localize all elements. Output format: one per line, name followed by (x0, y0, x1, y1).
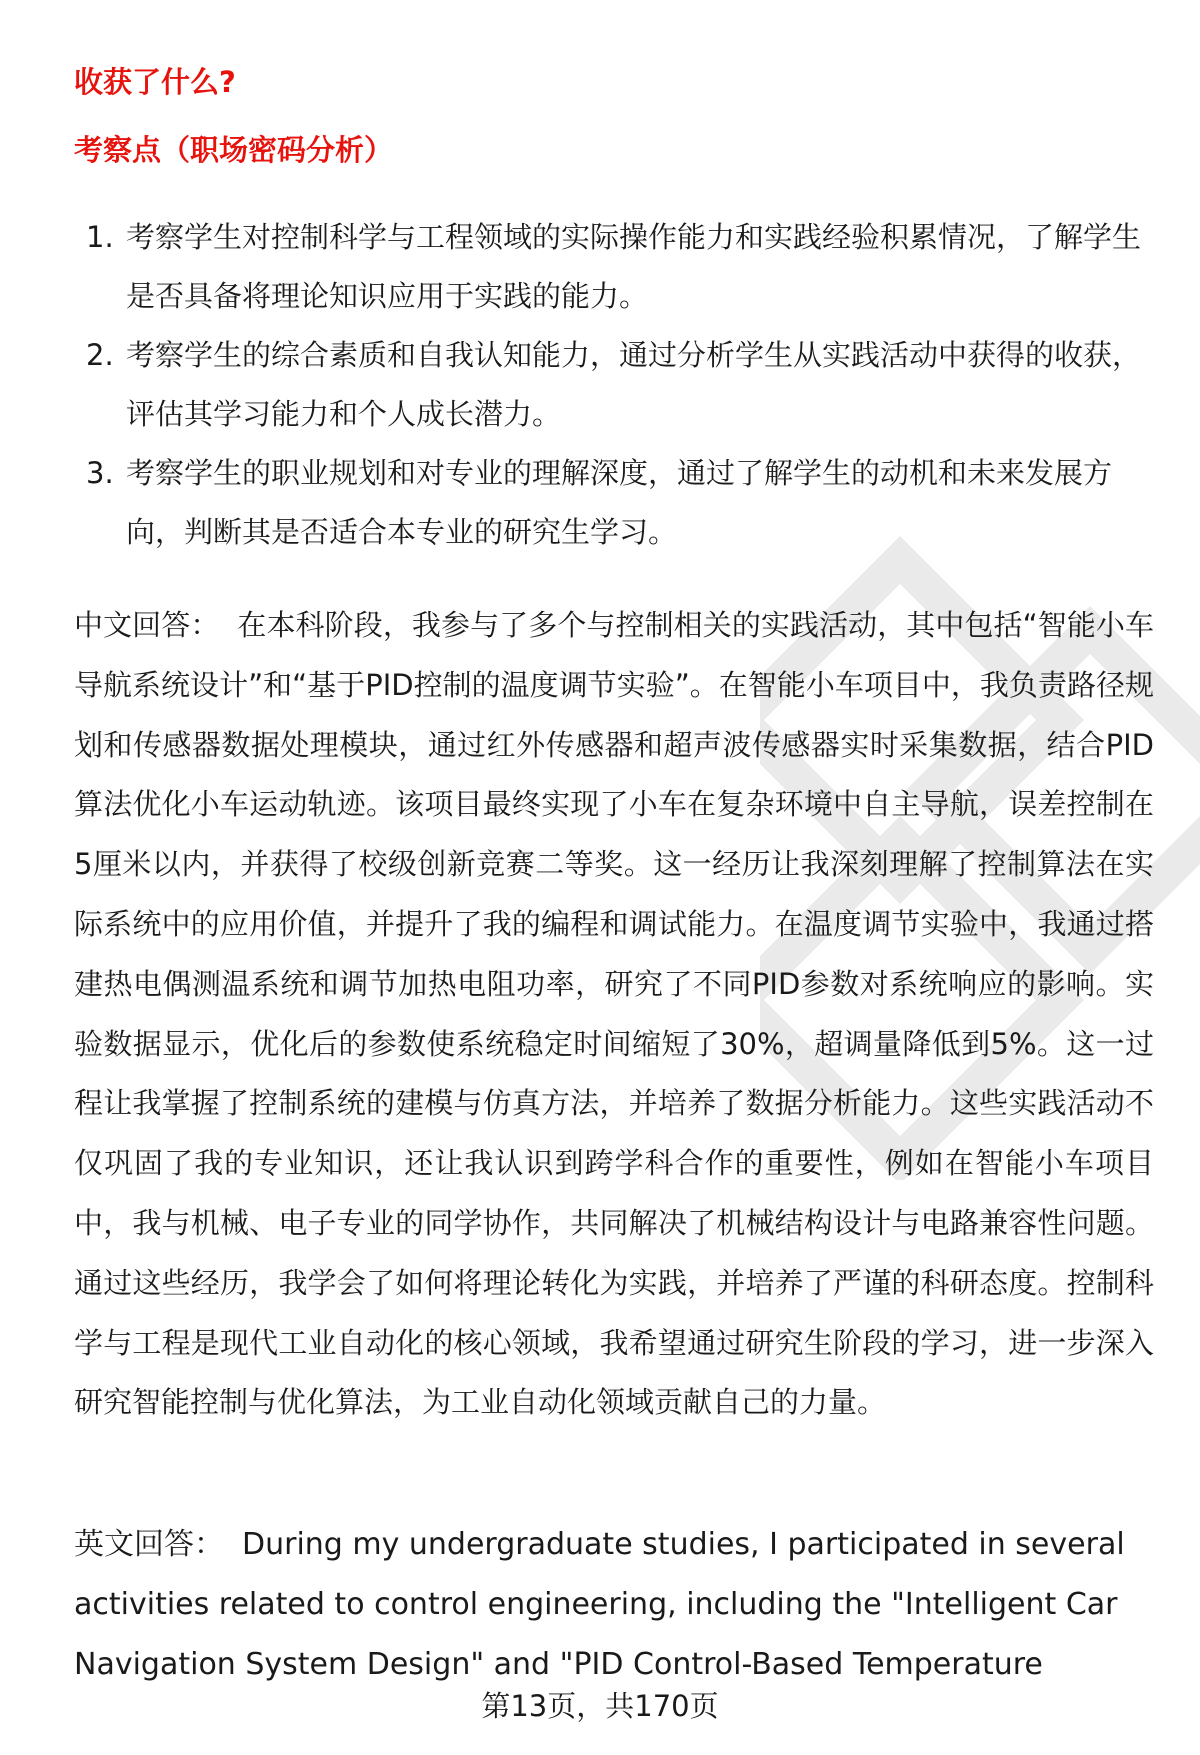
assessment-point-text: 考察学生的职业规划和对专业的理解深度，通过了解学生的动机和未来发展方向，判断其是… (126, 456, 1112, 549)
assessment-point: 1. 考察学生对控制科学与工程领域的实际操作能力和实践经验积累情况，了解学生是否… (74, 208, 1154, 326)
english-answer-label: 英文回答： (74, 1527, 224, 1562)
assessment-heading: 考察点（职场密码分析） (74, 130, 393, 170)
list-number: 2. (86, 326, 114, 385)
chinese-answer: 中文回答：在本科阶段，我参与了多个与控制相关的实践活动，其中包括“智能小车导航系… (74, 596, 1154, 1433)
english-answer-text: During my undergraduate studies, I parti… (74, 1527, 1125, 1682)
page-indicator: 第13页，共170页 (0, 1686, 1200, 1726)
list-number: 1. (86, 208, 114, 267)
chinese-answer-label: 中文回答： (74, 608, 219, 642)
assessment-points-list: 1. 考察学生对控制科学与工程领域的实际操作能力和实践经验积累情况，了解学生是否… (74, 208, 1154, 562)
list-number: 3. (86, 444, 114, 503)
assessment-point: 2. 考察学生的综合素质和自我认知能力，通过分析学生从实践活动中获得的收获，评估… (74, 326, 1154, 444)
english-answer: 英文回答：During my undergraduate studies, I … (74, 1515, 1154, 1695)
question-heading: 收获了什么? (74, 62, 236, 102)
assessment-point-text: 考察学生的综合素质和自我认知能力，通过分析学生从实践活动中获得的收获，评估其学习… (126, 338, 1141, 431)
chinese-answer-text: 在本科阶段，我参与了多个与控制相关的实践活动，其中包括“智能小车导航系统设计”和… (74, 608, 1154, 1419)
assessment-point-text: 考察学生对控制科学与工程领域的实际操作能力和实践经验积累情况，了解学生是否具备将… (126, 220, 1141, 313)
assessment-point: 3. 考察学生的职业规划和对专业的理解深度，通过了解学生的动机和未来发展方向，判… (74, 444, 1154, 562)
